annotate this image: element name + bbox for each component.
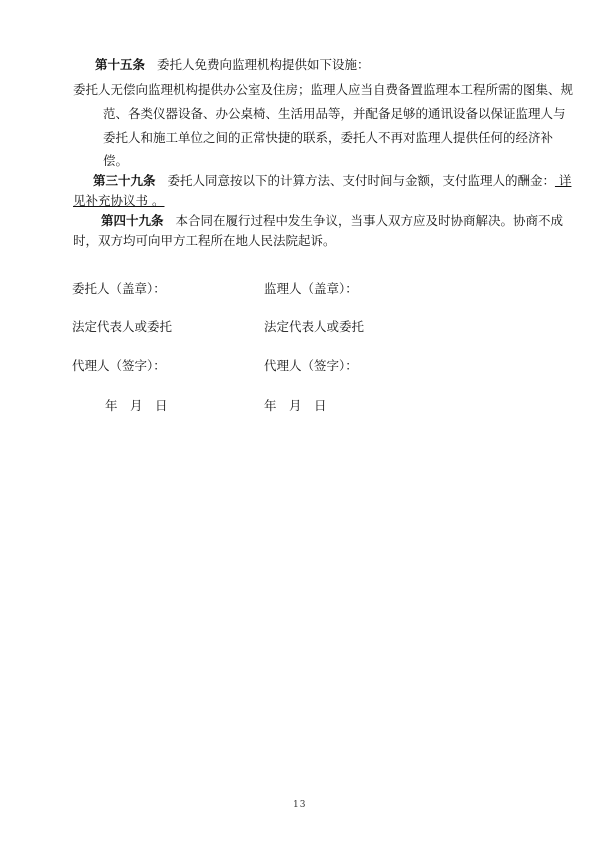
article-15-body-line: 委托人和施工单位之间的正常快捷的联系，委托人不再对监理人提供任何的经济补 [103,130,553,146]
client-seal-label: 委托人（盖章）： [72,281,166,297]
article-39: 第三十九条 委托人同意按以下的计算方法、支付时间与金额，支付监理人的酬金： 详 [93,173,571,189]
article-heading: 第十五条 [95,57,145,72]
supervisor-agent-label: 代理人（签字）： [264,358,358,374]
client-date-label: 年 月 日 [105,398,168,414]
supervisor-rep-label: 法定代表人或委托 [264,319,364,335]
client-agent-label: 代理人（签字）： [72,358,166,374]
article-text: 委托人同意按以下的计算方法、支付时间与金额，支付监理人的酬金： [167,173,555,188]
article-heading: 第三十九条 [93,173,156,188]
supervisor-seal-label: 监理人（盖章）： [264,281,358,297]
client-rep-label: 法定代表人或委托 [72,319,172,335]
page-number: 13 [293,800,306,810]
article-49-continued: 时，双方均可向甲方工程所在地人民法院起诉。 [73,233,336,249]
article-15-title: 第十五条 委托人免费向监理机构提供如下设施： [95,57,369,73]
underlined-fill: 详 [555,173,571,188]
article-text: 本合同在履行过程中发生争议，当事人双方应及时协商解决。协商不成 [175,213,563,228]
article-15-body-line: 范、各类仪器设备、办公桌椅、生活用品等，并配备足够的通讯设备以保证监理人与 [103,106,566,122]
article-39-continued: 见补充协议书 。 [73,193,164,209]
article-49: 第四十九条 本合同在履行过程中发生争议，当事人双方应及时协商解决。协商不成 [101,213,563,229]
article-text: 委托人免费向监理机构提供如下设施： [157,57,370,72]
article-15-body-line: 偿。 [103,153,128,169]
supervisor-date-label: 年 月 日 [264,398,327,414]
article-15-body-line: 委托人无偿向监理机构提供办公室及住房；监理人应当自费备置监理本工程所需的图集、规 [73,82,573,98]
article-heading: 第四十九条 [101,213,164,228]
